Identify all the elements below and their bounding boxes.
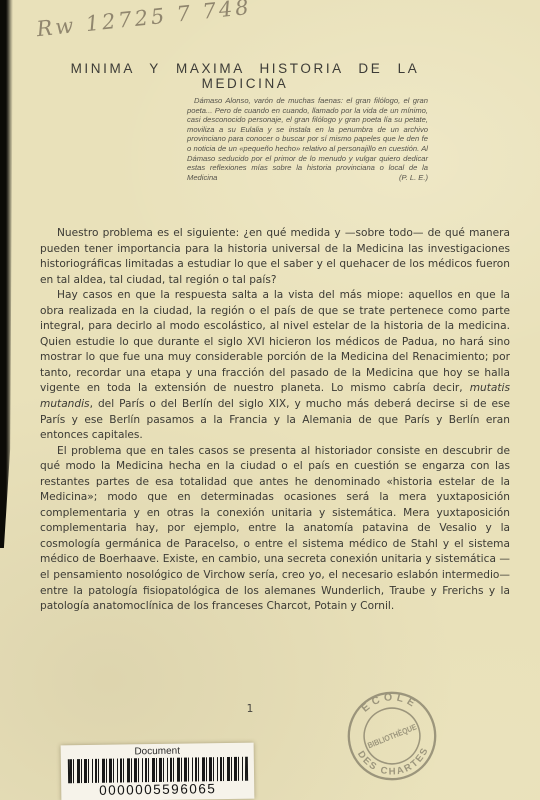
- stamp-arc-bottom-text: DES CHARTES: [355, 744, 433, 780]
- epigraph-text: Dámaso Alonso, varón de muchas faenas: e…: [187, 96, 428, 182]
- paragraph-2-text-end: , del París o del Berlín del siglo XIX, …: [40, 398, 510, 441]
- scanner-edge-shadow: [0, 0, 13, 548]
- paragraph-1: Nuestro problema es el siguiente: ¿en qu…: [40, 226, 510, 288]
- paragraph-2-text: Hay casos en que la respuesta salta a la…: [40, 289, 510, 394]
- epigraph-attribution: (P. L. E.): [187, 173, 428, 183]
- paragraph-2: Hay casos en que la respuesta salta a la…: [40, 288, 510, 443]
- handwritten-shelfmark: Rw 12725 7 748: [35, 0, 252, 41]
- library-stamp: ECOLE DES CHARTES BIBLIOTHÈQUE: [330, 674, 455, 799]
- epigraph-block: Dámaso Alonso, varón de muchas faenas: e…: [187, 96, 428, 182]
- barcode-icon: [67, 757, 247, 784]
- svg-text:DES CHARTES: DES CHARTES: [355, 744, 433, 780]
- barcode-sticker: Document 0000005596065: [61, 743, 255, 800]
- scanned-document-page: Rw 12725 7 748 MINIMA Y MAXIMA HISTORIA …: [0, 0, 540, 800]
- stamp-arc-top-text: ECOLE: [358, 689, 421, 715]
- barcode-number: 0000005596065: [61, 781, 254, 799]
- body-text: Nuestro problema es el siguiente: ¿en qu…: [40, 226, 510, 615]
- page-title: MINIMA Y MAXIMA HISTORIA DE LA MEDICINA: [40, 61, 450, 91]
- paragraph-3: El problema que en tales casos se presen…: [40, 444, 510, 615]
- svg-text:ECOLE: ECOLE: [358, 689, 421, 715]
- stamp-center-text: BIBLIOTHÈQUE: [366, 721, 418, 750]
- page-number: 1: [150, 703, 350, 715]
